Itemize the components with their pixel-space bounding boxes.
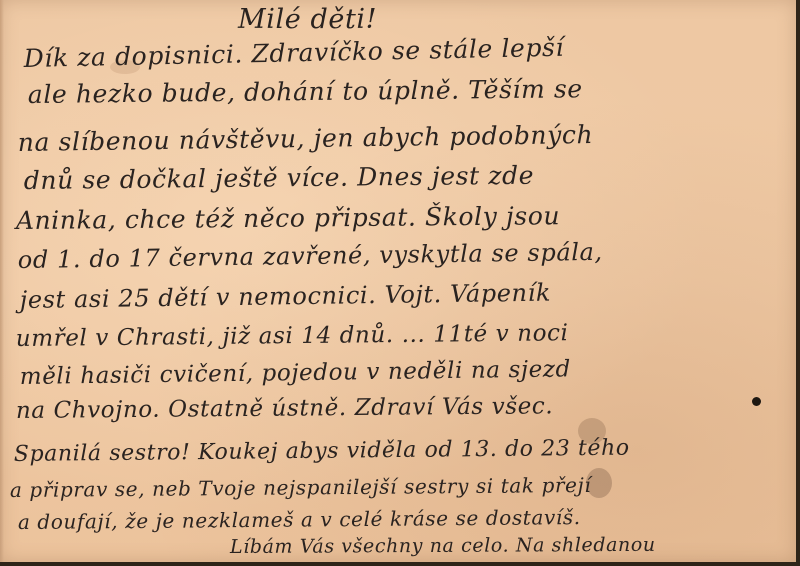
second-writer-line-2: a připrav se, neb Tvoje nejspanilejší se… <box>10 473 592 502</box>
letter-line-7: jest asi 25 dětí v nemocnici. Vojt. Vápe… <box>20 279 552 314</box>
letter-line-8: umřel v Chrasti, již asi 14 dnů. ... 11t… <box>16 320 569 352</box>
letter-line-4: dnů se dočkal ještě více. Dnes jest zde <box>24 161 534 195</box>
second-writer-line-4: Líbám Vás všechny na celo. Na shledanou <box>230 534 656 558</box>
letter-line-1: Dík za dopisnici. Zdravíčko se stále lep… <box>23 33 564 73</box>
letter-line-3: na slíbenou návštěvu, jen abych podobnýc… <box>18 120 594 157</box>
letter-line-5: Aninka, chce též něco připsat. Školy jso… <box>16 201 560 235</box>
greeting: Milé děti! <box>238 4 377 35</box>
postcard: Milé děti! Dík za dopisnici. Zdravíčko s… <box>0 0 800 566</box>
ink-blot <box>752 397 761 406</box>
paper-edge <box>0 0 4 562</box>
second-writer-line-1: Spanilá sestro! Koukej abys viděla od 13… <box>14 436 630 467</box>
letter-line-9: měli hasiči cvičení, pojedou v neděli na… <box>20 356 571 390</box>
letter-line-6: od 1. do 17 června zavřené, vyskytla se … <box>18 238 603 274</box>
second-writer-line-3: a doufají, že je nezklameš a v celé krás… <box>18 505 581 534</box>
letter-line-2: ale hezko bude, dohání to úplně. Těším s… <box>28 74 583 109</box>
letter-line-10: na Chvojno. Ostatně ústně. Zdraví Vás vš… <box>16 393 554 424</box>
